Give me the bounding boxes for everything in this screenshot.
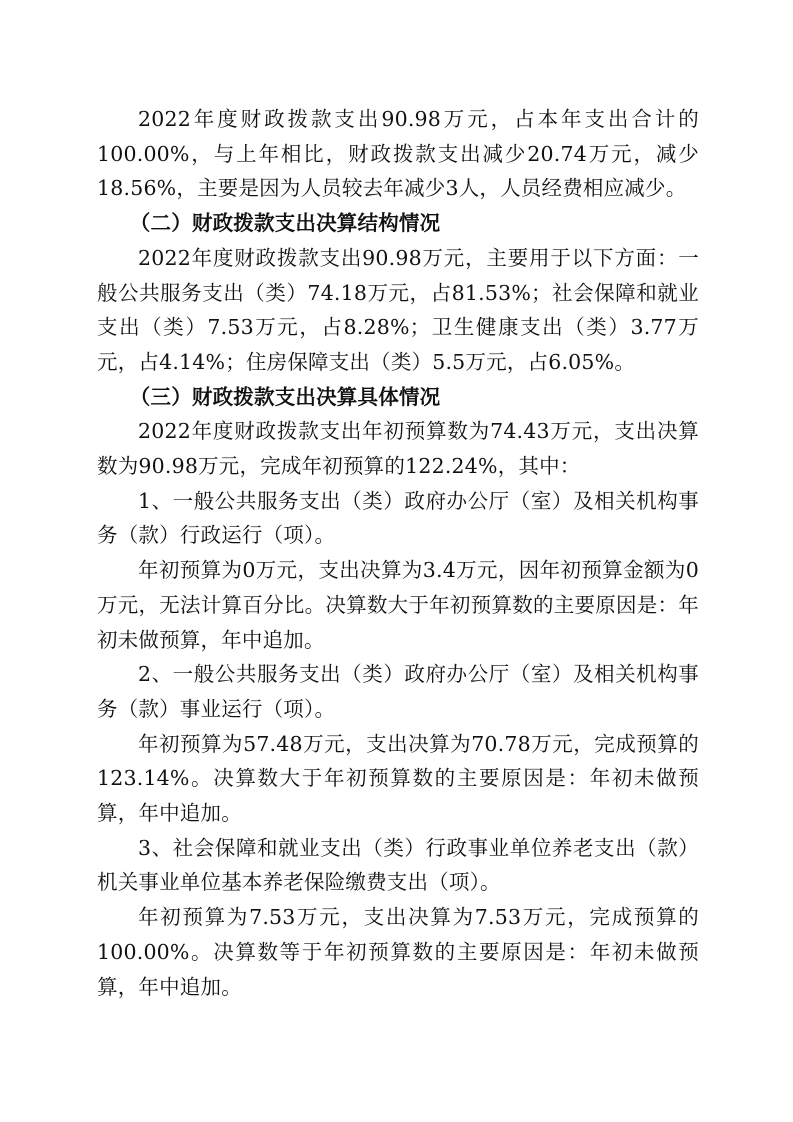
section-heading-details: （三）财政拨款支出决算具体情况 [97, 380, 699, 415]
paragraph-item-2-body: 年初预算为57.48万元，支出决算为70.78万元，完成预算的123.14%。决… [97, 727, 699, 831]
paragraph-details-summary: 2022年度财政拨款支出年初预算数为74.43万元，支出决算数为90.98万元，… [97, 414, 699, 483]
paragraph-item-1-body: 年初预算为0万元，支出决算为3.4万元，因年初预算金额为0万元，无法计算百分比。… [97, 553, 699, 657]
section-heading-structure: （二）财政拨款支出决算结构情况 [97, 206, 699, 241]
paragraph-structure: 2022年度财政拨款支出90.98万元，主要用于以下方面：一般公共服务支出（类）… [97, 241, 699, 380]
paragraph-total-expenditure: 2022年度财政拨款支出90.98万元，占本年支出合计的100.00%，与上年相… [97, 102, 699, 206]
paragraph-item-1-title: 1、一般公共服务支出（类）政府办公厅（室）及相关机构事务（款）行政运行（项）。 [97, 484, 699, 553]
document-page: 2022年度财政拨款支出90.98万元，占本年支出合计的100.00%，与上年相… [97, 102, 699, 1004]
paragraph-item-3-body: 年初预算为7.53万元，支出决算为7.53万元，完成预算的100.00%。决算数… [97, 900, 699, 1004]
paragraph-item-2-title: 2、一般公共服务支出（类）政府办公厅（室）及相关机构事务（款）事业运行（项）。 [97, 657, 699, 726]
paragraph-item-3-title: 3、社会保障和就业支出（类）行政事业单位养老支出（款）机关事业单位基本养老保险缴… [97, 831, 699, 900]
